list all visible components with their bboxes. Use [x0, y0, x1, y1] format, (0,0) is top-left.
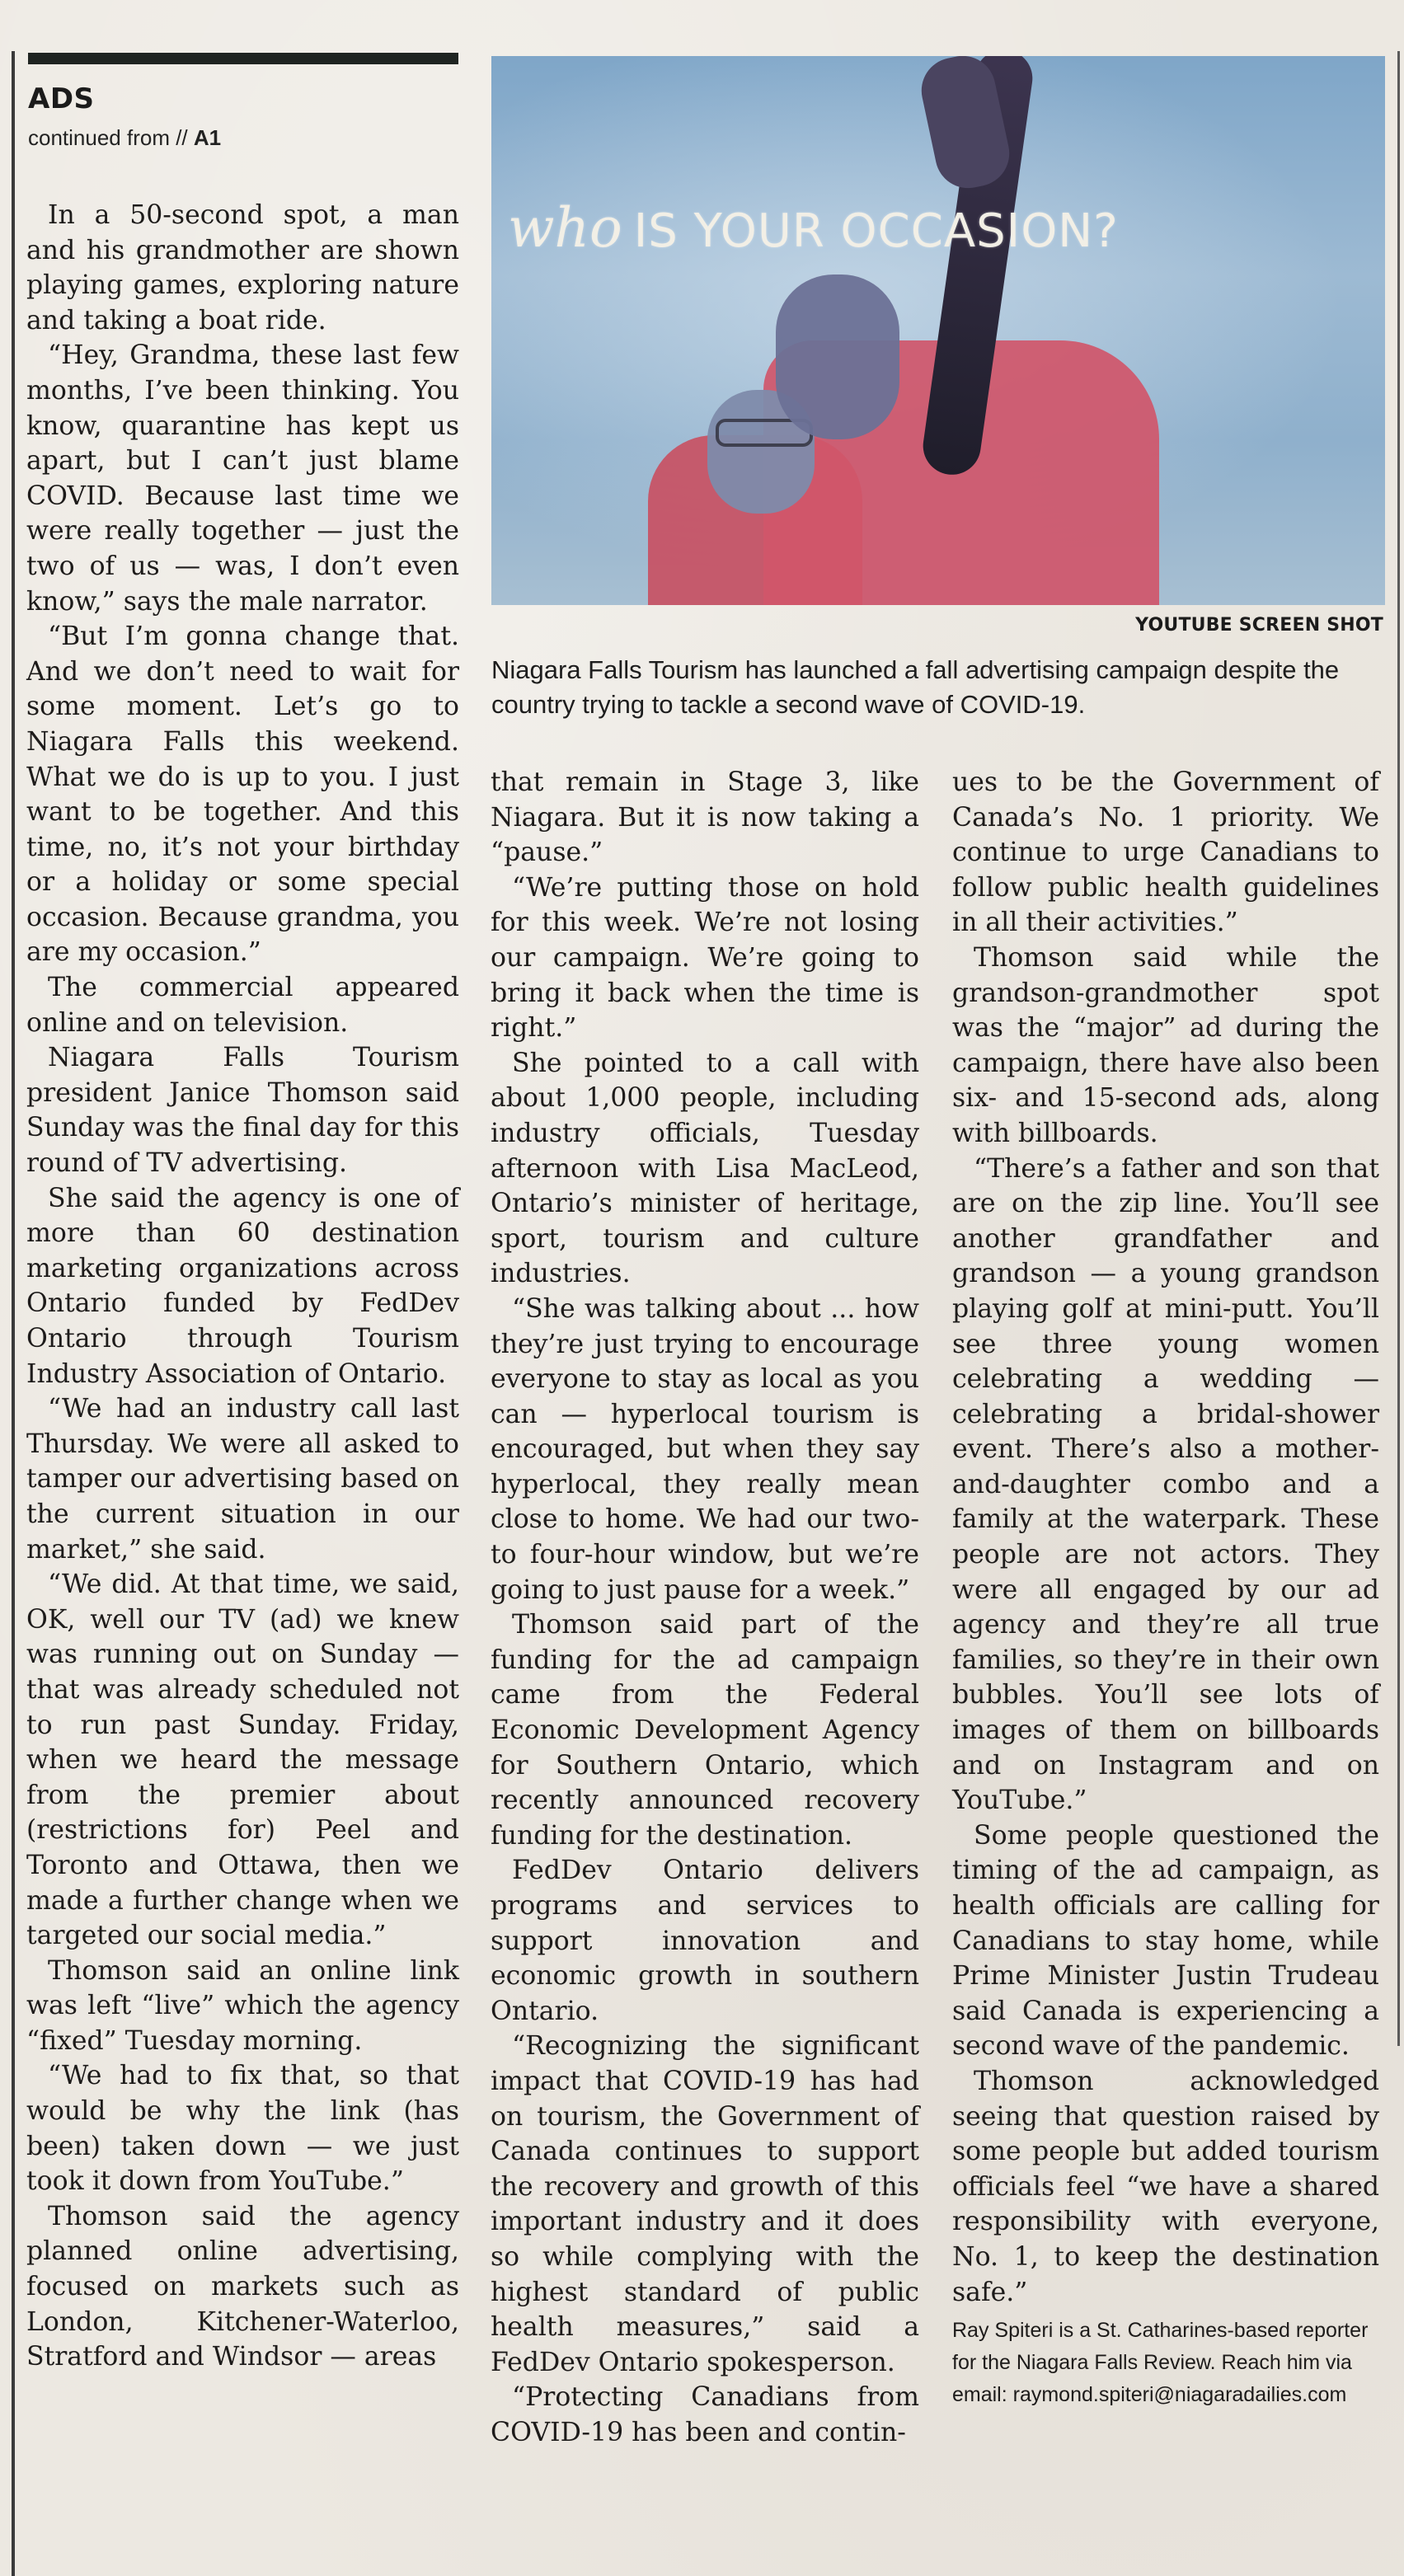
ad-tagline: whoIS YOUR OCCASION? [508, 196, 1382, 260]
paragraph: She said the agency is one of more than … [26, 1181, 459, 1392]
newspaper-page: ADS continued from // A1 whoIS YOUR OCCA… [0, 0, 1404, 2576]
paragraph: “We had to fix that, so that would be wh… [26, 2058, 459, 2198]
paragraph: The commercial appeared online and on te… [26, 970, 459, 1040]
left-column-rule [12, 51, 15, 2576]
paragraph: In a 50-second spot, a man and his grand… [26, 198, 459, 338]
photo-credit: YOUTUBE SCREEN SHOT [989, 615, 1383, 636]
paragraph: She pointed to a call with about 1,000 p… [491, 1046, 919, 1292]
paragraph: “Hey, Grandma, these last few months, I’… [26, 338, 459, 619]
paragraph: “We’re putting those on hold for this we… [491, 870, 919, 1046]
text-column-3: ues to be the Government of Canada’s No.… [952, 765, 1379, 2411]
continued-prefix: continued from // [28, 125, 194, 150]
author-bio: Ray Spiteri is a St. Catharines-based re… [952, 2315, 1379, 2411]
paragraph: that remain in Stage 3, like Niagara. Bu… [491, 765, 919, 870]
tagline-caps: IS YOUR OCCASION? [634, 204, 1119, 258]
article-photo: whoIS YOUR OCCASION? [491, 56, 1385, 605]
paragraph: Thomson said part of the funding for the… [491, 1607, 919, 1853]
paragraph: “But I’m gonna change that. And we don’t… [26, 619, 459, 970]
paragraph: ues to be the Government of Canada’s No.… [952, 765, 1379, 941]
paragraph: “There’s a father and son that are on th… [952, 1152, 1379, 1818]
paragraph: Some people questioned the timing of the… [952, 1818, 1379, 2064]
paragraph: Niagara Falls Tourism president Janice T… [26, 1040, 459, 1180]
grandson-head [776, 274, 899, 439]
text-column-1: In a 50-second spot, a man and his grand… [26, 198, 459, 2375]
paragraph: “We had an industry call last Thursday. … [26, 1391, 459, 1567]
right-column-rule [1397, 51, 1400, 2046]
continued-from-line: continued from // A1 [28, 125, 221, 151]
tagline-script-word: who [508, 196, 622, 260]
paragraph: Thomson said an online link was left “li… [26, 1954, 459, 2059]
paragraph: Thomson said while the grandson-grandmot… [952, 941, 1379, 1152]
paragraph: Thomson acknowledged seeing that questio… [952, 2064, 1379, 2310]
paragraph: Thomson said the agency planned online a… [26, 2199, 459, 2375]
text-column-2: that remain in Stage 3, like Niagara. Bu… [491, 765, 919, 2451]
paragraph: FedDev Ontario delivers programs and ser… [491, 1853, 919, 2029]
section-top-rule [28, 53, 458, 64]
article-kicker: ADS [28, 82, 95, 115]
paragraph: “We did. At that time, we said, OK, well… [26, 1567, 459, 1954]
continued-page-ref: A1 [194, 125, 221, 150]
paragraph: “Recognizing the significant impact that… [491, 2029, 919, 2380]
paragraph: “She was talking about ... how they’re j… [491, 1292, 919, 1607]
paragraph: “Protecting Canadians from COVID-19 has … [491, 2380, 919, 2450]
photo-cutline: Niagara Falls Tourism has launched a fal… [491, 653, 1390, 722]
